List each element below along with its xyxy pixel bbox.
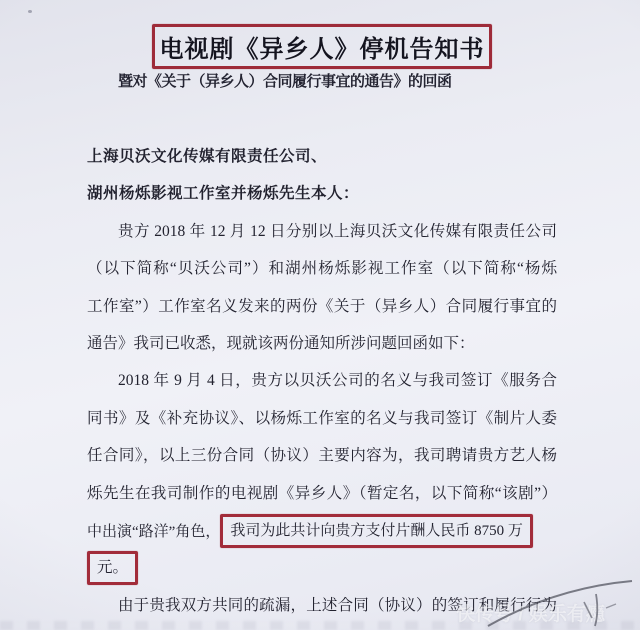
title-highlight-box: 电视剧《异乡人》停机告知书: [152, 24, 492, 69]
body-line: 任合同》，以上三份合同（协议）主要内容为，我司聘请贵方艺人杨: [87, 437, 557, 474]
amount-line-prefix: 中出演“路洋”角色，: [87, 520, 220, 541]
body-line: 2018 年 9 月 4 日，贵方以贝沃公司的名义与我司签订《服务合: [87, 362, 557, 399]
document-subtitle: 暨对《关于（异乡人）合同履行事宜的通告》的回函: [118, 70, 448, 91]
document-body: 上海贝沃文化传媒有限责任公司、 湖州杨烁影视工作室并杨烁先生本人： 贵方 201…: [87, 138, 557, 624]
body-line-amount-continued: 元。: [87, 549, 557, 586]
body-line: 烁先生在我司制作的电视剧《异乡人》（暂定名，以下简称“该剧”）: [87, 475, 557, 512]
body-line: 同书》及《补充协议》、以杨烁工作室的名义与我司签订《制片人委: [87, 400, 557, 437]
document-title: 电视剧《异乡人》停机告知书: [160, 29, 485, 64]
body-line-amount: 中出演“路洋”角色， 我司为此共计向贵方支付片酬人民币 8750 万: [87, 512, 557, 549]
amount-highlight-box: 我司为此共计向贵方支付片酬人民币 8750 万: [220, 514, 533, 548]
body-line: （以下简称“贝沃公司”）和湖州杨烁影视工作室（以下简称“杨烁: [87, 250, 557, 287]
recipient-line: 湖州杨烁影视工作室并杨烁先生本人：: [87, 175, 557, 212]
body-line: 工作室”）工作室名义发来的两份《关于（异乡人）合同履行事宜的: [87, 288, 557, 325]
recipient-line: 上海贝沃文化传媒有限责任公司、: [87, 138, 557, 175]
body-line: 通告》我司已收悉，现就该两份通知所涉问题回函如下：: [87, 325, 557, 362]
closing-line: 由于贵我双方共同的疏漏，上述合同（协议）的签订和履行行为: [87, 587, 557, 624]
dust-speck: [28, 10, 32, 13]
document-photo: 电视剧《异乡人》停机告知书 暨对《关于（异乡人）合同履行事宜的通告》的回函 上海…: [0, 0, 640, 630]
body-line: 贵方 2018 年 12 月 12 日分别以上海贝沃文化传媒有限责任公司: [87, 213, 557, 250]
amount-highlight-box-continued: 元。: [87, 551, 138, 585]
